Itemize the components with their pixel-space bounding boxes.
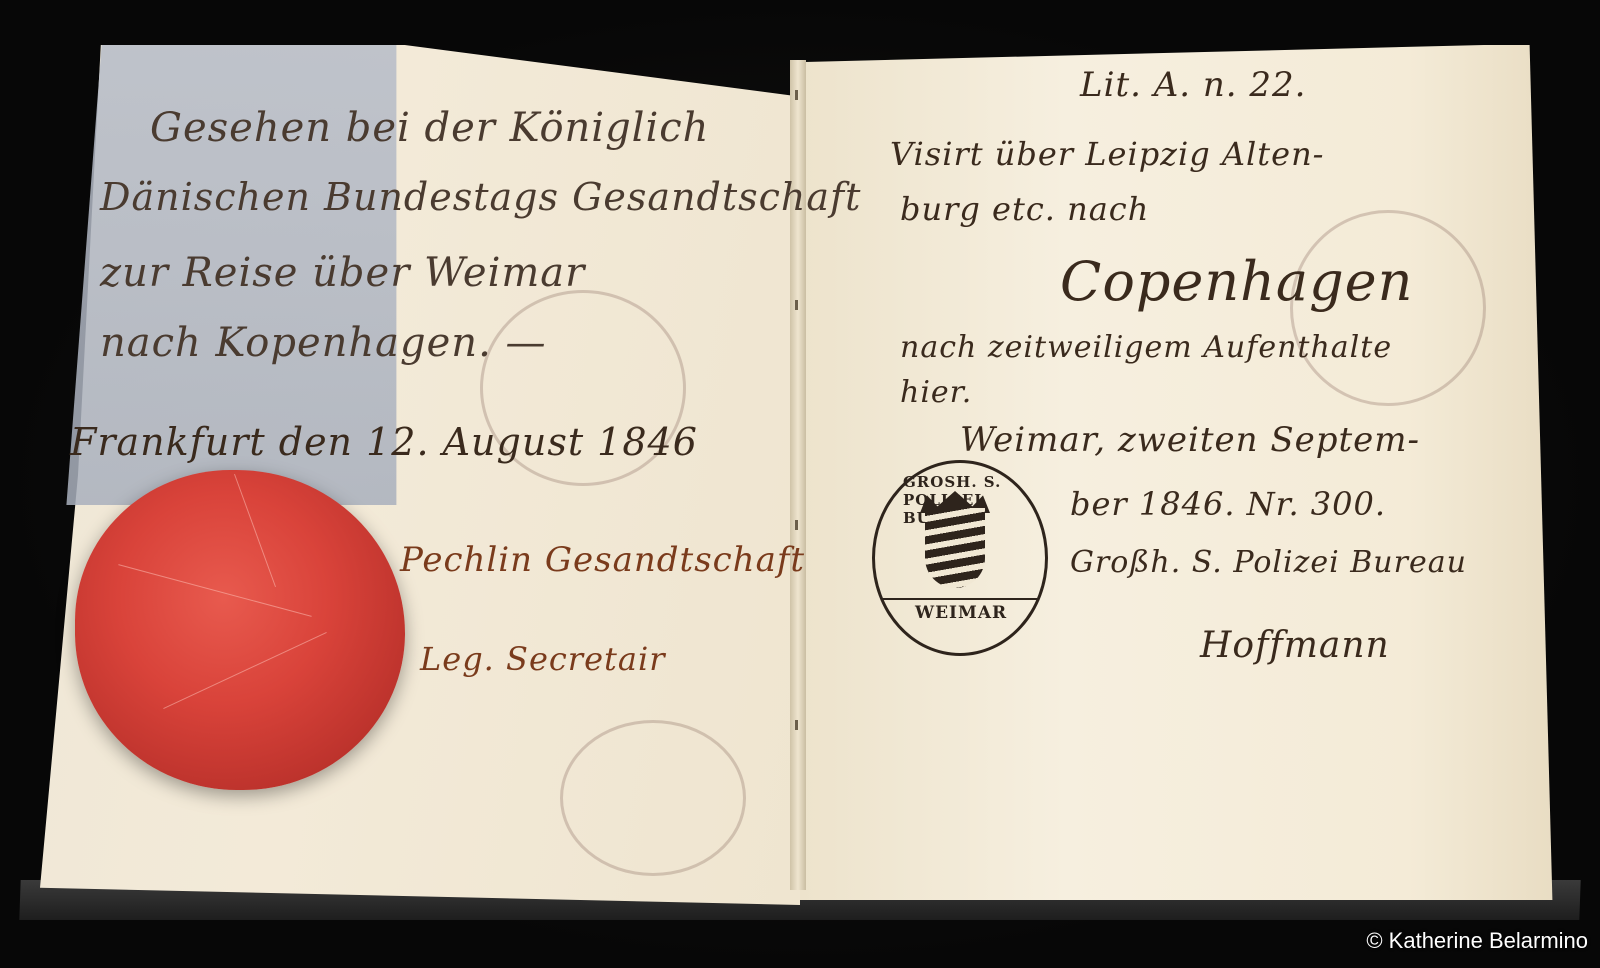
handwriting-line: zur Reise über Weimar bbox=[100, 250, 585, 296]
police-bureau-stamp: GROSH. S. POLICEI BUREAU WEIMAR bbox=[872, 460, 1048, 656]
handwriting-line: Visirt über Leipzig Alten- bbox=[890, 135, 1324, 173]
handwriting-line: Lit. A. n. 22. bbox=[1080, 65, 1306, 105]
stitch bbox=[795, 300, 798, 310]
handwriting-date-line: Frankfurt den 12. August 1846 bbox=[70, 420, 698, 464]
stitch bbox=[795, 90, 798, 100]
handwriting-line: burg etc. nach bbox=[900, 190, 1149, 228]
handwriting-line: nach Kopenhagen. — bbox=[100, 320, 547, 366]
handwriting-line: Großh. S. Polizei Bureau bbox=[1070, 545, 1467, 580]
coat-of-arms-icon bbox=[925, 508, 985, 588]
faint-stamp bbox=[560, 720, 746, 876]
handwriting-line-copenhagen: Copenhagen bbox=[1060, 250, 1413, 313]
signature: Pechlin Gesandtschaft bbox=[400, 540, 805, 580]
handwriting-line: Dänischen Bundestags Gesandtschaft bbox=[100, 175, 861, 219]
stitch bbox=[795, 520, 798, 530]
handwriting-line: hier. bbox=[900, 375, 972, 410]
signature-title: Leg. Secretair bbox=[420, 640, 666, 678]
handwriting-line: Weimar, zweiten Septem- bbox=[960, 420, 1420, 460]
photo-credit: © Katherine Belarmino bbox=[1366, 928, 1588, 954]
stamp-divider bbox=[883, 598, 1037, 600]
red-wax-seal bbox=[75, 470, 405, 790]
stamp-bottom-text: WEIMAR bbox=[915, 603, 1007, 623]
handwriting-line: Gesehen bei der Königlich bbox=[150, 105, 709, 151]
signature: Hoffmann bbox=[1200, 625, 1390, 666]
handwriting-line: nach zeitweiligem Aufenthalte bbox=[900, 330, 1392, 365]
stitch bbox=[795, 720, 798, 730]
handwriting-line: ber 1846. Nr. 300. bbox=[1070, 485, 1386, 523]
